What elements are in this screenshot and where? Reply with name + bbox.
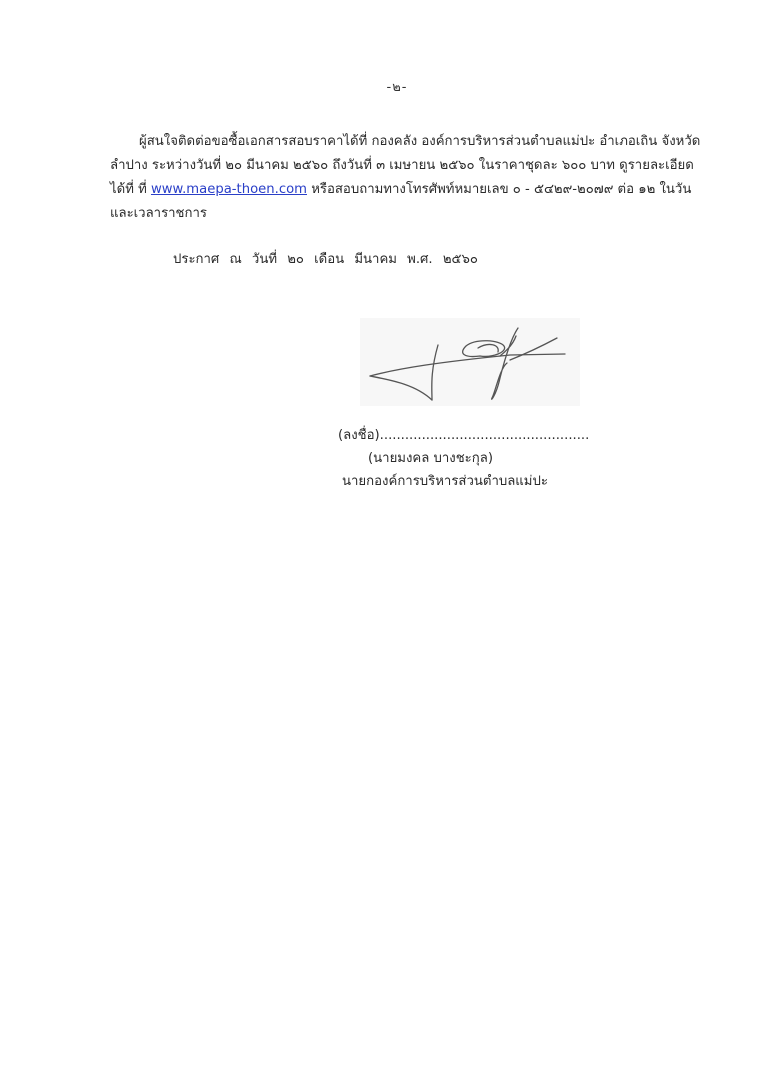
- paragraph-line-1: ผู้สนใจติดต่อขอซื้อเอกสารสอบราคาได้ที่ ก…: [110, 130, 682, 154]
- signature-icon: [360, 318, 580, 406]
- body-paragraph: ผู้สนใจติดต่อขอซื้อเอกสารสอบราคาได้ที่ ก…: [110, 130, 682, 226]
- announcement-date: ประกาศ ณ วันที่ ๒๐ เดือน มีนาคม พ.ศ. ๒๕๖…: [173, 248, 478, 269]
- signature-block: (ลงชื่อ)................................…: [338, 424, 589, 493]
- website-link[interactable]: www.maepa-thoen.com: [151, 182, 307, 197]
- line-3-prefix: ได้ที่ ที่: [110, 182, 151, 197]
- paragraph-line-4: และเวลาราชการ: [110, 202, 682, 226]
- signatory-name: (นายมงคล บางชะกุล): [338, 447, 589, 470]
- signature-image: [360, 318, 580, 406]
- paragraph-line-2: ลำปาง ระหว่างวันที่ ๒๐ มีนาคม ๒๕๖๐ ถึงวั…: [110, 154, 682, 178]
- line-3-contact: หรือสอบถามทางโทรศัพท์หมายเลข ๐ - ๕๔๒๙-๒๐…: [311, 182, 691, 197]
- signatory-position: นายกองค์การบริหารส่วนตำบลแม่ปะ: [338, 470, 589, 493]
- paragraph-line-3: ได้ที่ ที่ www.maepa-thoen.com หรือสอบถา…: [110, 178, 682, 202]
- page-number: -๒-: [0, 76, 764, 97]
- sign-line: (ลงชื่อ)................................…: [338, 424, 589, 447]
